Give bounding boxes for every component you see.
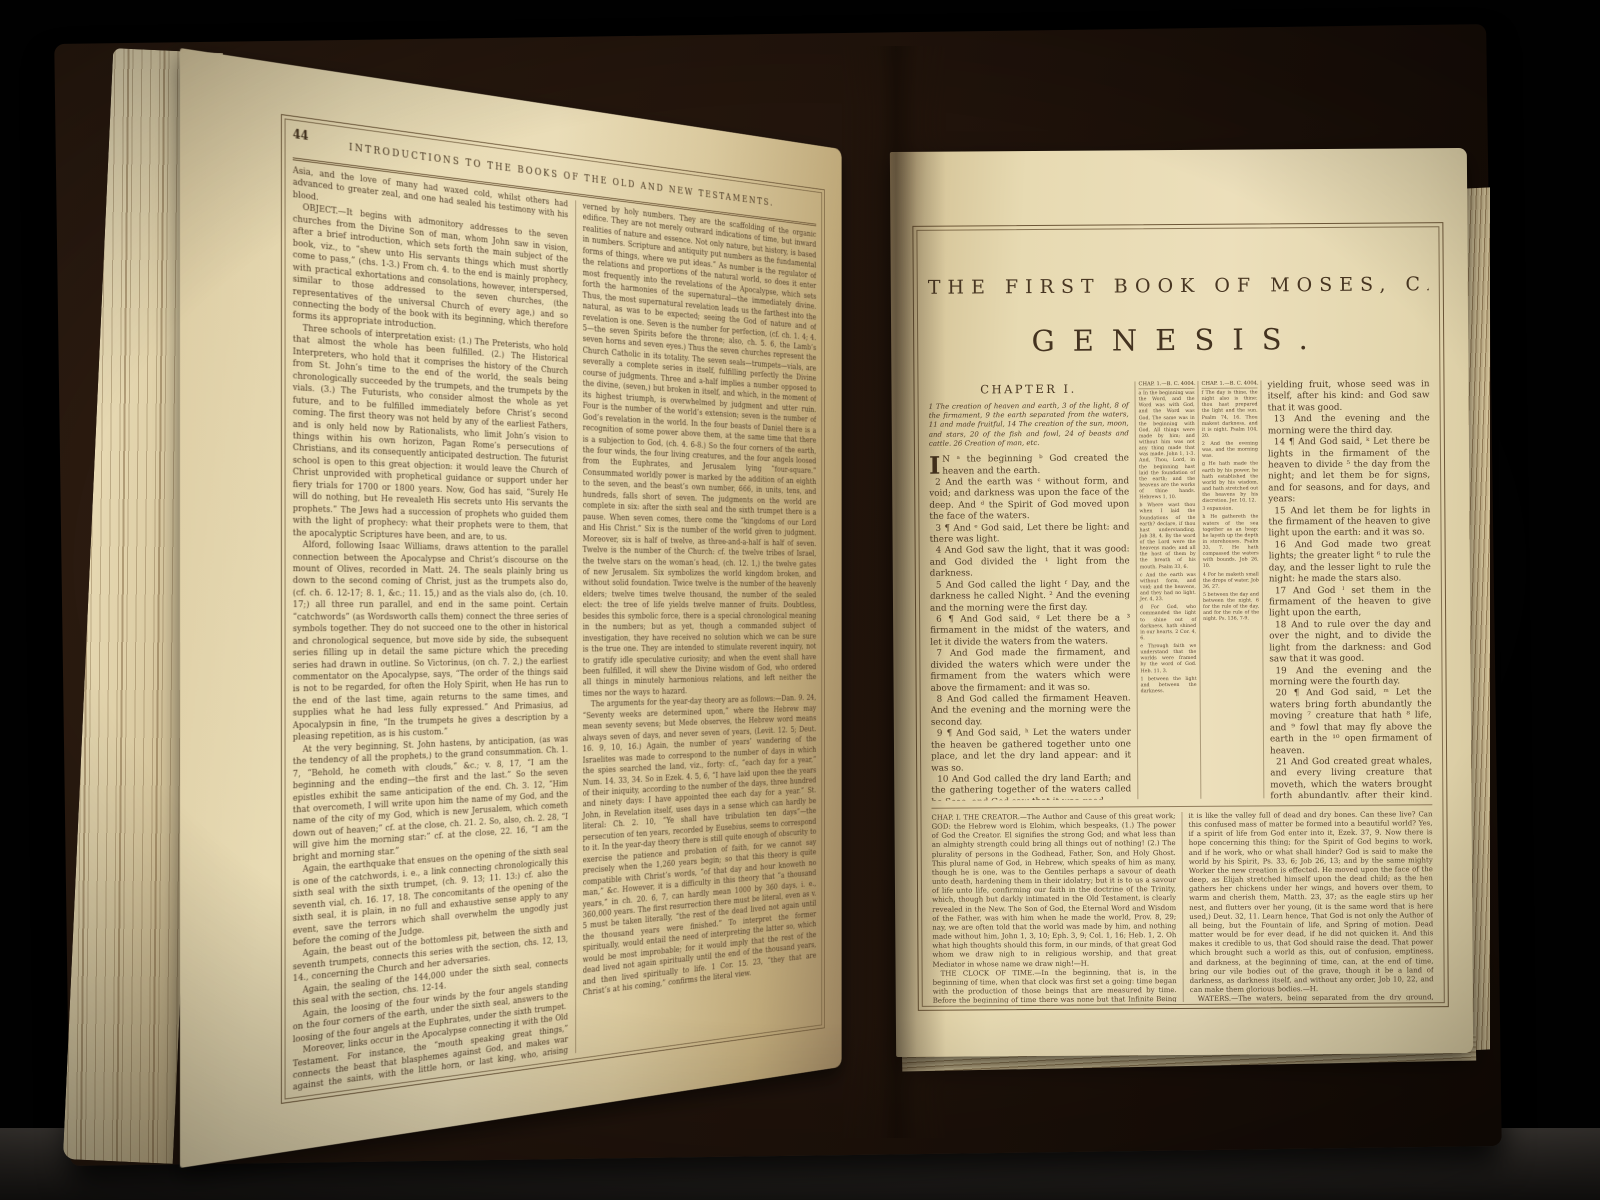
- reference-column-2-header: CHAP. 1.—B. C. 4004.: [1201, 380, 1257, 388]
- left-page-border-frame: 44 INTRODUCTIONS TO THE BOOKS OF THE OLD…: [281, 114, 825, 1104]
- left-page-column-1: Asia, and the love of many had waxed col…: [293, 165, 575, 1092]
- verse: 5 And God called the light ᶠ Day, and th…: [930, 579, 1130, 615]
- book-title-line: THE FIRST BOOK OF MOSES, CALLED: [928, 273, 1429, 298]
- commentary-paragraph: THE CLOCK OF TIME.—In the beginning, tha…: [933, 968, 1178, 1004]
- commentary-paragraph: it is like the valley full of dead and d…: [1188, 810, 1433, 995]
- verse: 3 ¶ And ᵉ God said, Let there be light: …: [929, 522, 1129, 546]
- margin-note: 4 For he maketh small the drops of water…: [1203, 572, 1259, 591]
- verse: 9 ¶ And God said, ʰ Let the waters under…: [931, 728, 1131, 775]
- scripture-column-1: CHAPTER I. 1 The creation of heaven and …: [928, 381, 1137, 800]
- verse: 20 ¶ And God said, ᵐ Let the waters brin…: [1270, 688, 1432, 758]
- reference-notes-2: f The day is thine, the night also is th…: [1202, 390, 1260, 623]
- paragraph: verned by holy numbers. They are the sca…: [583, 201, 817, 700]
- commentary-column-2: it is like the valley full of dead and d…: [1181, 810, 1433, 1003]
- chapter-heading: CHAPTER I.: [928, 381, 1128, 397]
- commentary-paragraph: WATERS.—The waters, being separated from…: [1190, 993, 1434, 1003]
- paragraph: The arguments for the year-day theory ar…: [583, 693, 817, 999]
- left-page-columns: Asia, and the love of many had waxed col…: [293, 165, 816, 1092]
- chapter-summary-text: 1 The creation of heaven and earth, 3 of…: [929, 401, 1129, 449]
- margin-note: 1 between the light and between the dark…: [1141, 677, 1197, 696]
- margin-note: 3 expansion.: [1202, 507, 1258, 514]
- right-page-border-frame: THE FIRST BOOK OF MOSES, CALLED GENESIS.…: [912, 222, 1448, 1011]
- verse: 8 And God called the firmament Heaven. A…: [931, 693, 1131, 729]
- margin-note: 5 between the day and between the night.…: [1203, 592, 1259, 623]
- verse: yielding fruit, whose seed was in itself…: [1267, 379, 1429, 414]
- verse: 17 And God ˡ set them in the firmament o…: [1269, 585, 1431, 620]
- verse: 16 And God made two great lights; the gr…: [1269, 539, 1431, 586]
- book-title-genesis: GENESIS.: [928, 321, 1429, 358]
- left-page: 44 INTRODUCTIONS TO THE BOOKS OF THE OLD…: [180, 48, 842, 1168]
- paragraph: At the very beginning, St. John hastens,…: [293, 734, 568, 865]
- verse: 10 And God called the dry land Earth; an…: [931, 773, 1131, 800]
- margin-note: d For God, who commanded the light to sh…: [1140, 605, 1196, 642]
- margin-note: b Where wast thou when I laid the founda…: [1139, 503, 1195, 571]
- verse: 7 And God made the firmament, and divide…: [930, 648, 1130, 695]
- verse: 2 And the earth was ᶜ without form, and …: [929, 476, 1129, 523]
- scripture-columns: CHAPTER I. 1 The creation of heaven and …: [928, 379, 1432, 800]
- verse: 21 And God created great whales, and eve…: [1270, 756, 1432, 798]
- verse: IN ᵃ the beginning ᵇ God created the hea…: [929, 453, 1129, 477]
- margin-note: c And the earth was without form, and vo…: [1140, 573, 1196, 604]
- verse: 14 ¶ And God said, ᵏ Let there be lights…: [1268, 436, 1430, 506]
- commentary-divider-rule: [931, 804, 1432, 808]
- reference-column-1-header: CHAP. 1.—B. C. 4004.: [1138, 381, 1194, 389]
- scripture-column-2: yielding fruit, whose seed was in itself…: [1260, 379, 1432, 798]
- margin-note: h He gathereth the waters of the sea tog…: [1202, 515, 1258, 571]
- left-page-number: 44: [293, 126, 309, 143]
- commentary-paragraph: CHAP. I. THE CREATOR.—The Author and Cau…: [931, 812, 1176, 969]
- open-bible-photo: 44 INTRODUCTIONS TO THE BOOKS OF THE OLD…: [0, 0, 1600, 1200]
- right-page-content: THE FIRST BOOK OF MOSES, CALLED GENESIS.…: [927, 229, 1433, 1003]
- right-page: THE FIRST BOOK OF MOSES, CALLED GENESIS.…: [890, 148, 1473, 1057]
- commentary-column-1: CHAP. I. THE CREATOR.—The Author and Cau…: [931, 812, 1183, 1004]
- verse: 13 And the evening and the morning were …: [1268, 414, 1430, 438]
- margin-note: a In the beginning was the Word, and the…: [1139, 391, 1196, 502]
- paragraph: Three schools of interpretation exist: (…: [293, 322, 568, 545]
- margin-note: e Through faith we understand that the w…: [1140, 644, 1196, 675]
- left-page-content: 44 INTRODUCTIONS TO THE BOOKS OF THE OLD…: [293, 124, 816, 1093]
- margin-note: 2 And the evening was, and the morning w…: [1202, 441, 1258, 460]
- verse: 18 And to rule over the day and over the…: [1269, 619, 1431, 666]
- verse: 19 And the evening and the morning were …: [1269, 665, 1431, 689]
- reference-column-1: CHAP. 1.—B. C. 4004. a In the beginning …: [1134, 381, 1200, 799]
- margin-note: f The day is thine, the night also is th…: [1202, 390, 1258, 439]
- margin-note: g He hath made the earth by his power, h…: [1202, 462, 1258, 505]
- verse: 15 And let them be for lights in the fir…: [1268, 505, 1430, 540]
- verse: 6 ¶ And God said, ᵍ Let there be a ³ fir…: [930, 613, 1130, 649]
- verses-1-12: IN ᵃ the beginning ᵇ God created the hea…: [929, 453, 1132, 800]
- reference-column-2: CHAP. 1.—B. C. 4004. f The day is thine,…: [1197, 380, 1263, 798]
- verse: 4 And God saw the light, that it was goo…: [930, 545, 1130, 581]
- commentary-columns: CHAP. I. THE CREATOR.—The Author and Cau…: [931, 810, 1433, 1003]
- chapter-summary: 1 The creation of heaven and earth, 3 of…: [929, 401, 1129, 449]
- reference-notes-1: a In the beginning was the Word, and the…: [1139, 391, 1197, 695]
- paragraph: Alford, following Isaac Williams, draws …: [293, 539, 568, 744]
- left-page-column-2: verned by holy numbers. They are the sca…: [575, 200, 816, 1053]
